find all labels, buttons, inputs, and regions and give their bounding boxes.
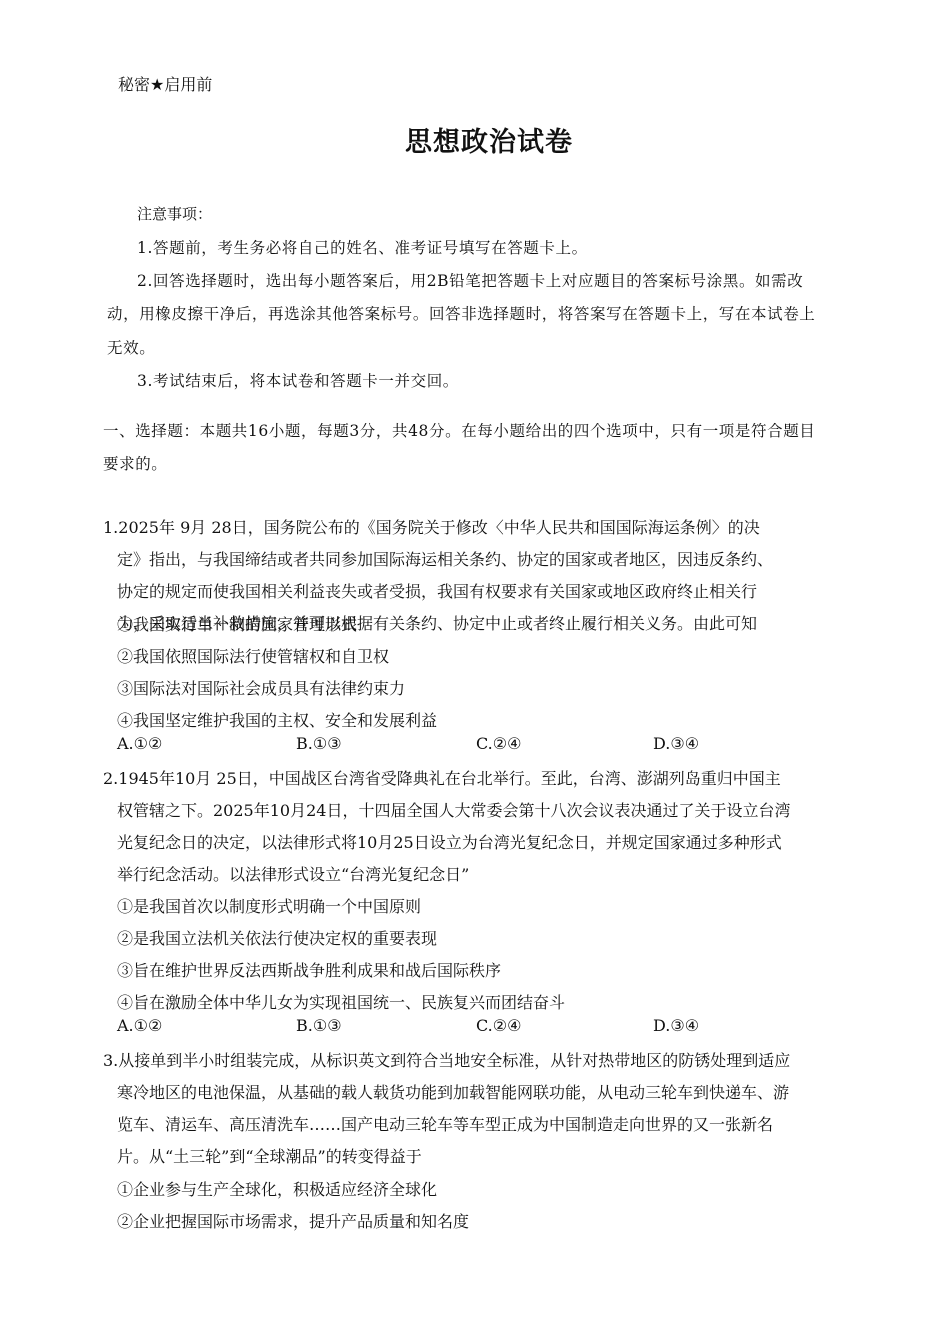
option-2: ②是我国立法机关依法行使决定权的重要表现: [117, 926, 437, 949]
section-intro-line: 一、选择题：本题共16小题，每题3分，共48分。在每小题给出的四个选项中，只有一…: [103, 419, 815, 441]
option-4: ④我国坚定维护我国的主权、安全和发展利益: [117, 708, 437, 731]
notice-line: 1.答题前，考生务必将自己的姓名、准考证号填写在答题卡上。: [137, 236, 588, 258]
choice-a[interactable]: A.①②: [117, 1016, 162, 1035]
option-2: ②我国依照国际法行使管辖权和自卫权: [117, 644, 389, 667]
option-1: ①企业参与生产全球化，积极适应经济全球化: [117, 1177, 437, 1200]
confidential-label: 秘密★启用前: [118, 72, 212, 95]
question-stem-line: 览车、清运车、高压清洗车……国产电动三轮车等车型正成为中国制造走向世界的又一张新…: [117, 1112, 773, 1135]
choice-c[interactable]: C.②④: [476, 1016, 521, 1035]
choice-d[interactable]: D.③④: [653, 1016, 699, 1035]
question-stem-line: 1.2025年 9月 28日，国务院公布的《国务院关于修改〈中华人民共和国国际海…: [103, 515, 760, 538]
choice-b[interactable]: B.①③: [296, 1016, 342, 1035]
question-stem-line: 片。从“土三轮”到“全球潮品”的转变得益于: [117, 1144, 422, 1167]
option-3: ③国际法对国际社会成员具有法律约束力: [117, 676, 405, 699]
question-stem-line: 光复纪念日的决定，以法律形式将10月25日设立为台湾光复纪念日，并规定国家通过多…: [117, 830, 782, 853]
choice-c[interactable]: C.②④: [476, 734, 521, 753]
question-stem-line: 寒冷地区的电池保温，从基础的载人载货功能到加载智能网联功能，从电动三轮车到快递车…: [117, 1080, 789, 1103]
question-stem-line: 权管辖之下。2025年10月24日，十四届全国人大常委会第十八次会议表决通过了关…: [117, 798, 790, 821]
option-1: ①是我国首次以制度形式明确一个中国原则: [117, 894, 421, 917]
option-3: ③旨在维护世界反法西斯战争胜利成果和战后国际秩序: [117, 958, 501, 981]
page-title: 思想政治试卷: [0, 120, 950, 159]
option-1: ①我国实行单一制的国家管理形式: [117, 612, 357, 635]
notice-line: 2.回答选择题时，选出每小题答案后，用2B铅笔把答题卡上对应题目的答案标号涂黑。…: [137, 269, 803, 291]
choice-a[interactable]: A.①②: [117, 734, 162, 753]
question-stem-line: 2.1945年10月 25日，中国战区台湾省受降典礼在台北举行。至此，台湾、澎湖…: [103, 766, 781, 789]
question-stem-line: 定》指出，与我国缔结或者共同参加国际海运相关条约、协定的国家或者地区，因违反条约…: [117, 547, 773, 570]
section-intro-line: 要求的。: [103, 452, 167, 474]
choice-b[interactable]: B.①③: [296, 734, 342, 753]
notice-line: 无效。: [107, 336, 155, 358]
option-2: ②企业把握国际市场需求，提升产品质量和知名度: [117, 1209, 469, 1232]
notice-line: 动，用橡皮擦干净后，再选涂其他答案标号。回答非选择题时，将答案写在答题卡上，写在…: [107, 302, 815, 324]
question-stem-line: 3.从接单到半小时组装完成，从标识英文到符合当地安全标准，从针对热带地区的防锈处…: [103, 1048, 790, 1071]
question-stem-line: 举行纪念活动。以法律形式设立“台湾光复纪念日”: [117, 862, 469, 885]
notice-line: 3.考试结束后，将本试卷和答题卡一并交回。: [137, 369, 459, 391]
choice-d[interactable]: D.③④: [653, 734, 699, 753]
question-stem-line: 协定的规定而使我国相关利益丧失或者受损，我国有权要求有关国家或地区政府终止相关行: [117, 579, 757, 602]
option-4: ④旨在激励全体中华儿女为实现祖国统一、民族复兴而团结奋斗: [117, 990, 565, 1013]
notice-heading: 注意事项：: [137, 203, 212, 224]
